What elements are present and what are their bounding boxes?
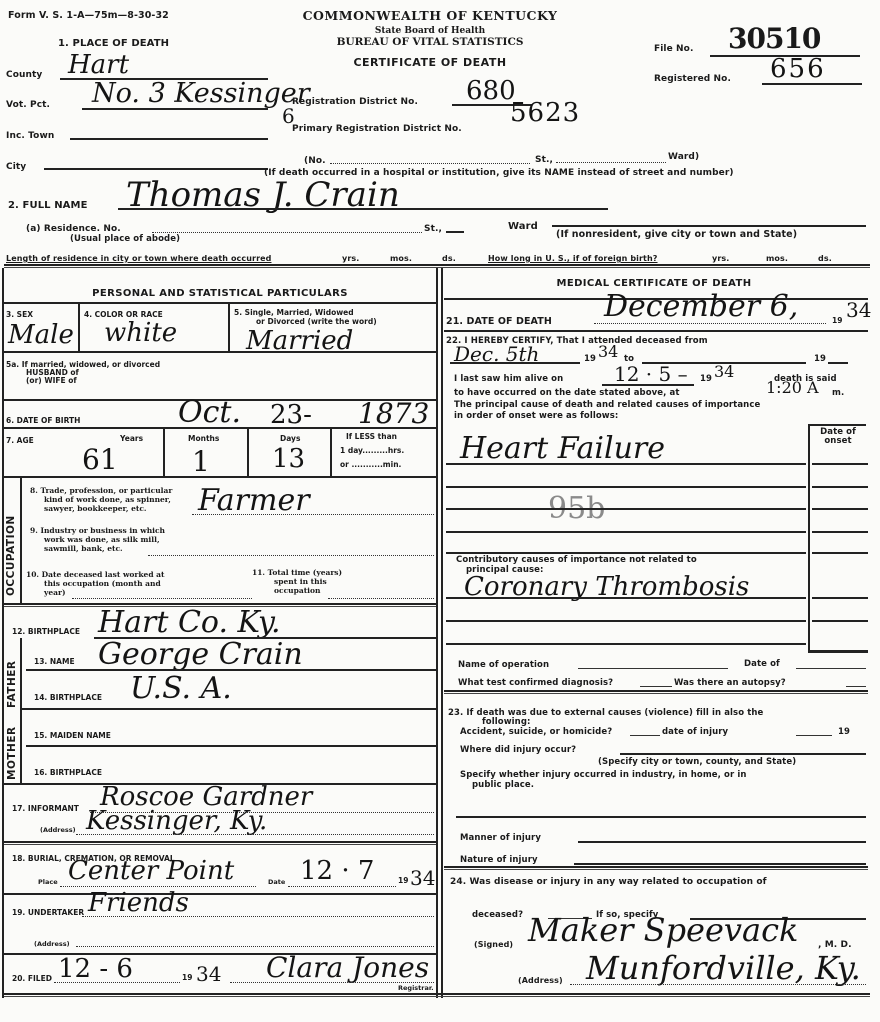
deceased-label: deceased? bbox=[472, 910, 523, 920]
operation-label: Name of operation bbox=[458, 660, 549, 670]
occurred-label: to have occurred on the date stated abov… bbox=[454, 388, 680, 398]
less-than-label-1: If LESS than bbox=[346, 432, 397, 441]
age-days-value: 13 bbox=[272, 446, 305, 472]
total-time-label: 11. Total time (years) spent in this occ… bbox=[252, 568, 342, 595]
burial-date-label: Date bbox=[268, 878, 285, 887]
occupation-side-label: OCCUPATION bbox=[5, 515, 17, 596]
birthplace-value: Hart Co. Ky. bbox=[98, 608, 281, 638]
last-worked-label-line-3: year) bbox=[26, 588, 165, 597]
registered-no-value: 656 bbox=[770, 56, 826, 82]
file-no-value: 30510 bbox=[728, 22, 820, 55]
burial-year: 34 bbox=[410, 868, 435, 888]
residence-sublabel: (Usual place of abode) bbox=[70, 234, 180, 244]
birthplace-label: 12. BIRTHPLACE bbox=[12, 627, 80, 636]
death-year: 34 bbox=[846, 300, 871, 320]
principal-cause-value: Heart Failure bbox=[460, 434, 665, 464]
marital-label-2: or Divorced (write the word) bbox=[256, 317, 377, 326]
onset-column-header: Date of onset bbox=[812, 428, 864, 446]
trade-label-line-1: 8. Trade, profession, or particular bbox=[30, 486, 172, 495]
registrar-signature: Clara Jones bbox=[266, 954, 429, 982]
trade-value: Farmer bbox=[198, 486, 310, 516]
injury-location-sublabel: (Specify city or town, county, and State… bbox=[598, 757, 796, 767]
no-label: (No. bbox=[304, 156, 326, 166]
residence-street-label: St., bbox=[424, 224, 442, 234]
attended-from-date: Dec. 5th bbox=[454, 344, 539, 364]
sex-label: 3. SEX bbox=[6, 310, 33, 319]
filed-year: 34 bbox=[196, 964, 221, 984]
primary-district-mark: 6 bbox=[282, 106, 295, 126]
foreign-yrs: yrs. bbox=[712, 254, 729, 263]
physician-address: Munfordville, Ky. bbox=[586, 952, 861, 984]
occupation-related-label: 24. Was disease or injury in any way rel… bbox=[450, 877, 767, 887]
burial-year-prefix: 19 bbox=[398, 876, 408, 885]
length-mos: mos. bbox=[390, 254, 412, 263]
length-yrs: yrs. bbox=[342, 254, 359, 263]
total-time-label-line-1: 11. Total time (years) bbox=[252, 568, 342, 577]
length-ds: ds. bbox=[442, 254, 456, 263]
residence-label: (a) Residence. No. bbox=[26, 224, 121, 234]
county-label: County bbox=[6, 70, 42, 80]
last-worked-label-line-1: 10. Date deceased last worked at bbox=[26, 570, 165, 579]
industry-label-line-1: 9. Industry or business in which bbox=[30, 526, 165, 535]
undertaker-name: Friends bbox=[88, 890, 189, 916]
inc-town-label: Inc. Town bbox=[6, 131, 54, 141]
informant-label: 17. INFORMANT bbox=[12, 804, 79, 813]
county-value: Hart bbox=[68, 52, 129, 78]
total-time-label-line-2: spent in this bbox=[252, 577, 342, 586]
mother-birthplace-label: 16. BIRTHPLACE bbox=[34, 768, 102, 777]
attended-from-year: 34 bbox=[598, 344, 618, 360]
death-time-suffix: m. bbox=[832, 388, 844, 398]
dob-label: 6. DATE OF BIRTH bbox=[6, 416, 80, 425]
age-years-value: 61 bbox=[82, 446, 118, 474]
ward-label: Ward) bbox=[668, 152, 699, 162]
full-name-label: 2. FULL NAME bbox=[8, 200, 88, 211]
form-id: Form V. S. 1-A—75m—8-30-32 bbox=[8, 10, 169, 21]
marital-label-1: 5. Single, Married, Widowed bbox=[234, 308, 354, 317]
full-name-value: Thomas J. Crain bbox=[126, 178, 400, 212]
registered-no-label: Registered No. bbox=[654, 74, 731, 84]
informant-address: Kessinger, Ky. bbox=[86, 808, 267, 834]
voting-precinct-label: Vot. Pct. bbox=[6, 100, 50, 110]
industry-label-line-3: sawmill, bank, etc. bbox=[30, 544, 165, 553]
undertaker-label: 19. UNDERTAKER bbox=[12, 908, 84, 917]
less-than-label-3: or ...........min. bbox=[340, 460, 401, 469]
external-causes-label-2: following: bbox=[482, 717, 531, 727]
age-days-label: Days bbox=[280, 434, 300, 443]
voting-precinct-value: No. 3 Kessinger bbox=[92, 80, 310, 107]
foreign-ds: ds. bbox=[818, 254, 832, 263]
primary-district-label: Primary Registration District No. bbox=[292, 124, 462, 134]
last-worked-label-line-2: this occupation (month and bbox=[26, 579, 165, 588]
foreign-mos: mos. bbox=[766, 254, 788, 263]
last-saw-year: 34 bbox=[714, 364, 734, 380]
filed-year-prefix: 19 bbox=[182, 973, 192, 982]
father-birthplace-value: U.S. A. bbox=[130, 674, 232, 704]
last-saw-date: 12 · 5 – bbox=[614, 364, 688, 384]
dob-year: 1873 bbox=[358, 400, 429, 428]
filed-label: 20. FILED bbox=[12, 974, 52, 983]
board-name: State Board of Health bbox=[290, 26, 570, 36]
last-saw-label: I last saw him alive on bbox=[454, 374, 563, 384]
street-label: St., bbox=[535, 155, 553, 165]
file-no-label: File No. bbox=[654, 44, 694, 54]
trade-label-line-2: kind of work done, as spinner, bbox=[30, 495, 172, 504]
undertaker-address-label: (Address) bbox=[34, 940, 70, 949]
length-of-residence-label: Length of residence in city or town wher… bbox=[6, 254, 271, 263]
injury-place-type-label-1: Specify whether injury occurred in indus… bbox=[460, 770, 747, 780]
accident-label: Accident, suicide, or homicide? bbox=[460, 727, 612, 737]
burial-place-label: Place bbox=[38, 878, 58, 887]
last-worked-label: 10. Date deceased last worked at this oc… bbox=[26, 570, 165, 597]
autopsy-label: Was there an autopsy? bbox=[674, 678, 786, 688]
sex-value: Male bbox=[8, 322, 74, 348]
trade-label: 8. Trade, profession, or particular kind… bbox=[30, 486, 172, 513]
principal-cause-label-1: The principal cause of death and related… bbox=[454, 400, 760, 410]
dob-day: 23- bbox=[270, 402, 312, 428]
contributory-label-1: Contributory causes of importance not re… bbox=[456, 555, 697, 565]
death-date-value: December 6, bbox=[604, 292, 798, 322]
dob-month: Oct. bbox=[178, 398, 241, 428]
registration-district-value: 680 bbox=[466, 78, 516, 104]
registrar-label: Registrar. bbox=[398, 984, 434, 993]
burial-date-value: 12 · 7 bbox=[300, 858, 374, 884]
industry-label-line-2: work was done, as silk mill, bbox=[30, 535, 165, 544]
age-years-label: Years bbox=[120, 434, 143, 443]
father-name-label: 13. NAME bbox=[34, 657, 75, 666]
nonresident-note: (If nonresident, give city or town and S… bbox=[556, 229, 797, 240]
injury-date-label: date of injury bbox=[662, 727, 728, 737]
father-name-value: George Crain bbox=[98, 640, 303, 670]
mother-side-label: MOTHER bbox=[6, 726, 18, 780]
certificate-heading: CERTIFICATE OF DEATH bbox=[290, 56, 570, 69]
personal-section-title: PERSONAL AND STATISTICAL PARTICULARS bbox=[4, 288, 436, 299]
place-of-death-heading: 1. PLACE OF DEATH bbox=[58, 38, 169, 49]
injury-place-type-label-2: public place. bbox=[472, 780, 534, 790]
filed-date: 12 - 6 bbox=[58, 956, 133, 982]
mother-maiden-name-label: 15. MAIDEN NAME bbox=[34, 731, 111, 740]
manner-of-injury-label: Manner of injury bbox=[460, 833, 541, 843]
father-side-label: FATHER bbox=[6, 661, 18, 709]
father-birthplace-label: 14. BIRTHPLACE bbox=[34, 693, 102, 702]
city-label: City bbox=[6, 162, 26, 172]
informant-address-label: (Address) bbox=[40, 826, 76, 835]
spouse-label-3: (or) WIFE of bbox=[26, 376, 77, 385]
age-months-label: Months bbox=[188, 434, 219, 443]
primary-district-value: 5623 bbox=[510, 100, 580, 126]
document-title: COMMONWEALTH OF KENTUCKY bbox=[290, 8, 570, 23]
foreign-birth-label: How long in U. S., if of foreign birth? bbox=[488, 254, 658, 263]
medical-section-title: MEDICAL CERTIFICATE OF DEATH bbox=[444, 278, 864, 289]
last-saw-year-prefix: 19 bbox=[700, 374, 712, 384]
trade-label-line-3: sawyer, bookkeeper, etc. bbox=[30, 504, 172, 513]
death-time: 1:20 A bbox=[766, 380, 819, 396]
registration-district-label: Registration District No. bbox=[292, 97, 418, 107]
residence-ward-label: Ward bbox=[508, 221, 538, 232]
signed-label: (Signed) bbox=[474, 940, 513, 949]
bureau-name: BUREAU OF VITAL STATISTICS bbox=[290, 36, 570, 48]
principal-cause-label-2: in order of onset were as follows: bbox=[454, 411, 618, 421]
industry-label: 9. Industry or business in which work wa… bbox=[30, 526, 165, 553]
burial-place-value: Center Point bbox=[68, 858, 234, 884]
death-date-label: 21. DATE OF DEATH bbox=[446, 316, 552, 327]
injury-year-prefix: 19 bbox=[838, 727, 850, 737]
race-value: white bbox=[104, 320, 177, 346]
less-than-label-2: 1 day.........hrs. bbox=[340, 446, 404, 455]
injury-location-label: Where did injury occur? bbox=[460, 745, 576, 755]
physician-address-label: (Address) bbox=[518, 976, 563, 985]
physician-signature: Maker Speevack bbox=[528, 914, 798, 946]
total-time-label-line-3: occupation bbox=[252, 586, 342, 595]
attended-from-year-prefix: 19 bbox=[584, 354, 596, 364]
age-label: 7. AGE bbox=[6, 436, 34, 445]
nature-of-injury-label: Nature of injury bbox=[460, 855, 538, 865]
age-months-value: 1 bbox=[192, 448, 210, 476]
operation-date-label: Date of bbox=[744, 659, 780, 669]
diagnosis-test-label: What test confirmed diagnosis? bbox=[458, 678, 613, 688]
attended-to-year-prefix: 19 bbox=[814, 354, 826, 364]
death-year-prefix: 19 bbox=[832, 316, 842, 325]
onset-header-line-2: onset bbox=[812, 437, 864, 446]
